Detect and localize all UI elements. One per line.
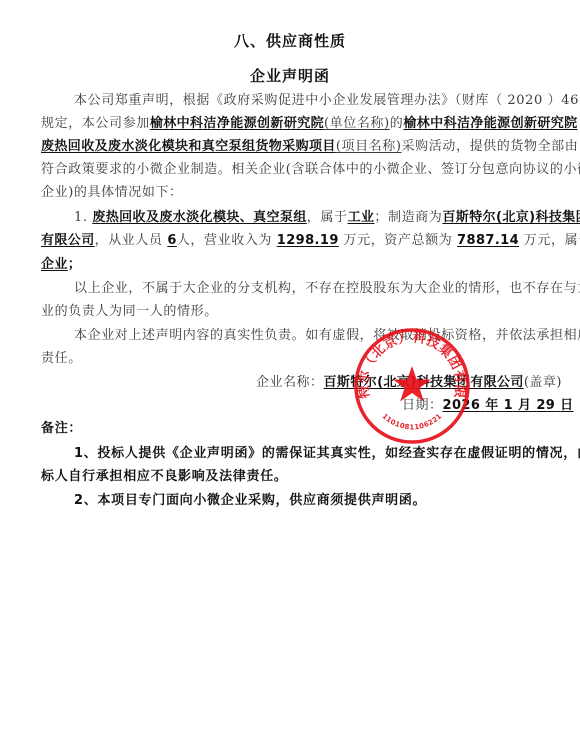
- paragraph3-line2-text: 责任。: [41, 351, 82, 366]
- paragraph1-prefix: 规定，本公司参加: [41, 116, 150, 131]
- item1-line1: 1. 废热回收及废水淡化模块、真空泵组，属于工业；制造商为百斯特尔(北京)科技集…: [74, 210, 533, 226]
- paragraph1-suffix: 采购活动，提供的货物全部由: [402, 139, 579, 154]
- purchaser-name: 榆林中科洁净能源创新研究院: [150, 116, 324, 131]
- type-text: 万元，属于: [524, 233, 580, 248]
- paragraph1-line4-text: 符合政策要求的小微企业制造。相关企业(含联合体中的小微企业、签订分包意向协议的小…: [41, 162, 580, 177]
- paragraph3-line1-text: 本企业对上述声明内容的真实性负责。如有虚假，将被取消投标资格，并依法承担相应: [74, 328, 580, 343]
- section-heading: 八、供应商性质: [0, 30, 580, 51]
- remark1-line2: 标人自行承担相应不良影响及法律责任。: [41, 469, 533, 485]
- revenue-value: 1298.19: [277, 233, 339, 248]
- month-unit: 月: [518, 398, 531, 413]
- item1-line2: 有限公司，从业人员 6人，营业收入为 1298.19 万元，资产总额为 7887…: [41, 233, 533, 249]
- project-name-part1: 榆林中科洁净能源创新研究院: [403, 116, 577, 131]
- item1-end: ；: [68, 257, 82, 272]
- employees-value: 6: [167, 233, 176, 248]
- paragraph1-line5-text: 企业)的具体情况如下：: [41, 185, 183, 200]
- manufacturer-name-part1: 百斯特尔(北京)科技集团: [442, 210, 580, 225]
- date-value: 2026 年 1 月 29 日: [443, 398, 574, 413]
- company-signature-line: 企业名称：百斯特尔(北京)科技集团有限公司(盖章): [256, 375, 562, 391]
- remarks-title: 备注：: [41, 421, 533, 437]
- paragraph1-line1-text: 本公司郑重声明，根据《政府采购促进中小企业发展管理办法》（财库（ 2020 ）4…: [74, 93, 580, 108]
- letter-title: 企业声明函: [0, 65, 580, 86]
- manufacturer-name-part2: 有限公司: [41, 233, 95, 248]
- date-month: 1: [504, 398, 513, 413]
- paragraph2-line1-text: 以上企业，不属于大企业的分支机构，不存在控股股东为大企业的情形，也不存在与大企: [74, 281, 580, 296]
- company-label: 企业名称：: [256, 375, 324, 390]
- paragraph1-line2: 规定，本公司参加榆林中科洁净能源创新研究院(单位名称)的榆林中科洁净能源创新研究…: [41, 116, 533, 132]
- day-unit: 日: [560, 398, 573, 413]
- paragraph2-line2-text: 业的负责人为同一人的情形。: [41, 304, 218, 319]
- paragraph2-line1: 以上企业，不属于大企业的分支机构，不存在控股股东为大企业的情形，也不存在与大企: [74, 281, 533, 297]
- paragraph1-line1: 本公司郑重声明，根据《政府采购促进中小企业发展管理办法》（财库（ 2020 ）4…: [74, 93, 533, 109]
- assets-text: 万元，资产总额为: [344, 233, 453, 248]
- industry-value: 工业: [348, 210, 375, 225]
- document-page: 八、供应商性质 企业声明函 本公司郑重声明，根据《政府采购促进中小企业发展管理办…: [0, 0, 580, 730]
- remark1-line1: 1、投标人提供《企业声明函》的需保证其真实性，如经查实存在虚假证明的情况，由投: [74, 446, 566, 462]
- date-year: 2026: [443, 398, 481, 413]
- project-name-part2: 废热回收及废水淡化模块和真空泵组货物采购项目: [41, 139, 336, 154]
- item1-number: 1.: [74, 210, 88, 225]
- date-day: 29: [536, 398, 555, 413]
- paragraph3-line1: 本企业对上述声明内容的真实性负责。如有虚假，将被取消投标资格，并依法承担相应: [74, 328, 533, 344]
- paragraph1-line5: 企业)的具体情况如下：: [41, 185, 533, 201]
- manufacturer-text: ；制造商为: [374, 210, 442, 225]
- revenue-text: 人，营业收入为: [177, 233, 272, 248]
- date-label: 日期：: [402, 398, 443, 413]
- remark2: 2、本项目专门面向小微企业采购，供应商须提供声明函。: [74, 493, 566, 509]
- assets-value: 7887.14: [457, 233, 519, 248]
- employees-text: ，从业人员: [95, 233, 163, 248]
- paragraph2-line2: 业的负责人为同一人的情形。: [41, 304, 533, 320]
- unit-name-label: (单位名称): [324, 116, 390, 131]
- date-line: 日期：2026 年 1 月 29 日: [402, 398, 574, 414]
- year-unit: 年: [485, 398, 498, 413]
- paragraph1-line4: 符合政策要求的小微企业制造。相关企业(含联合体中的小微企业、签订分包意向协议的小…: [41, 162, 533, 178]
- paragraph3-line2: 责任。: [41, 351, 533, 367]
- belongs-text: ，属于: [307, 210, 348, 225]
- company-name: 百斯特尔(北京)科技集团有限公司: [324, 375, 524, 390]
- goods-name: 废热回收及废水淡化模块、真空泵组: [92, 210, 306, 225]
- paragraph1-line3: 废热回收及废水淡化模块和真空泵组货物采购项目(项目名称)采购活动，提供的货物全部…: [41, 139, 533, 155]
- paragraph1-mid: 的: [390, 116, 404, 131]
- item1-line3: 企业；: [41, 257, 533, 273]
- project-name-label: (项目名称): [336, 139, 402, 154]
- enterprise-type-part2: 企业: [41, 257, 68, 272]
- seal-label: (盖章): [524, 375, 562, 390]
